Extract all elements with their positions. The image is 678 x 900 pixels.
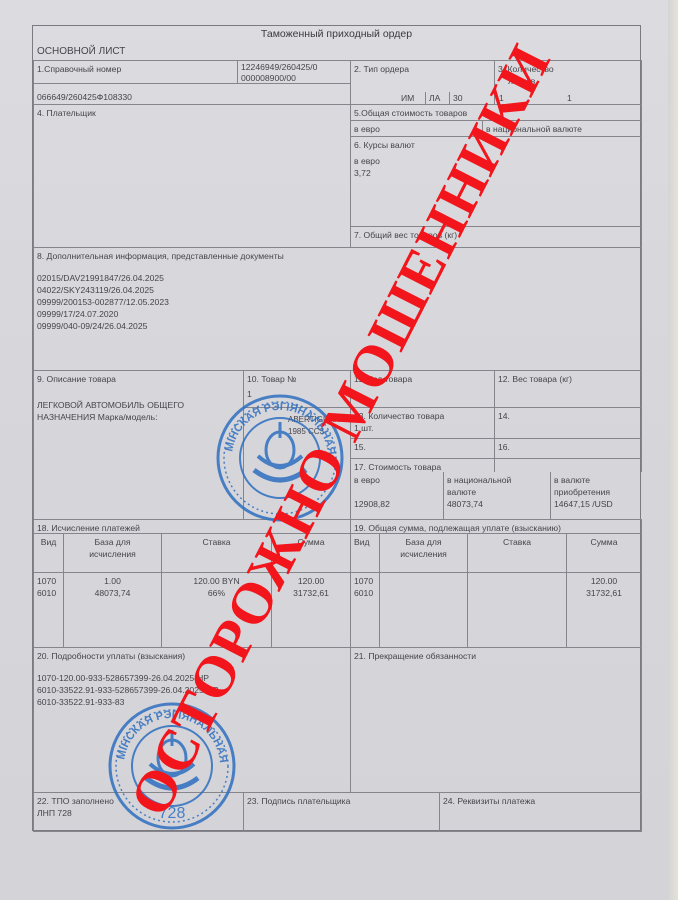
- box5-eur: в евро: [350, 120, 483, 137]
- box5-eur-label: в евро: [354, 124, 380, 134]
- box18-row1-sum: 120.00: [275, 575, 347, 587]
- box1-value-line1: 12246949/260425/0: [241, 62, 347, 73]
- box16-label: 16.: [498, 442, 510, 452]
- box17-acquisition: в валюте приобретения 14647,15 /USD: [550, 472, 642, 520]
- box9-year: 1985 CC3: [288, 426, 324, 438]
- box19-row2-vid: 6010: [354, 587, 376, 599]
- box24-payment-requisites: 24. Реквизиты платежа: [439, 792, 642, 832]
- box19-col-rate: [467, 572, 567, 648]
- box18-header-sum-text: Сумма: [297, 537, 324, 547]
- box9-goods-description: 9. Описание товара ЛЕГКОВОЙ АВТОМОБИЛЬ О…: [33, 370, 244, 520]
- box19-row1-vid: 1070: [354, 575, 376, 587]
- box4-label: 4. Плательщик: [37, 108, 96, 118]
- box17-eur-label: в евро: [354, 474, 440, 486]
- box19-row2-sum: 31732,61: [570, 587, 638, 599]
- box8-additional-info: 8. Дополнительная информация, представле…: [33, 247, 642, 371]
- box19-row1-sum: 120.00: [570, 575, 638, 587]
- box19-header-sum: Сумма: [566, 533, 642, 573]
- box5-national-label: в национальной валюте: [486, 124, 582, 134]
- box2-order-type: 2. Тип ордера ИМ ЛА 30: [350, 60, 495, 105]
- box16: 16.: [494, 438, 642, 459]
- box17-right-top: [494, 458, 642, 472]
- box20-line: 6010-33522.91-933-528657399-26.04.2025-Н…: [37, 684, 347, 696]
- box1-value-row2: 066649/260425Ф108330: [33, 83, 351, 105]
- box18-row2-rate: 66%: [165, 587, 268, 599]
- box19-col-vid: 1070 6010: [350, 572, 380, 648]
- box10-value: 1: [247, 388, 347, 400]
- box5-total-value: 5.Общая стоимость товаров: [350, 104, 642, 121]
- box3-sheet-count: 3. Количество листов 1 1: [494, 60, 642, 105]
- box5-label: 5.Общая стоимость товаров: [354, 108, 467, 118]
- box18-header-vid: Вид: [33, 533, 64, 573]
- box18-row1-vid: 1070: [37, 575, 60, 587]
- box2-value-3: 30: [449, 92, 463, 104]
- box20-label: 20. Подробности уплаты (взыскания): [37, 650, 347, 662]
- box8-doc-line: 04022/SKY243119/26.04.2025: [37, 284, 638, 296]
- box18-row2-vid: 6010: [37, 587, 60, 599]
- paper-edge: [668, 0, 678, 900]
- box9-model: ABERTIGUAN: [288, 414, 340, 426]
- box8-doc-line: 09999/040-09/24/26.04.2025: [37, 320, 638, 332]
- box17-national-value: 48073,74: [447, 498, 547, 510]
- box18-header-vid-text: Вид: [41, 537, 57, 547]
- box22-label: 22. ТПО заполнено: [37, 795, 240, 807]
- box9-label: 9. Описание товара: [37, 373, 240, 385]
- box3-label-2: листов: [498, 76, 535, 86]
- box18-header-rate-text: Ставка: [202, 537, 230, 547]
- box4-payer: 4. Плательщик: [33, 104, 351, 248]
- box19-header-rate: Ставка: [467, 533, 567, 573]
- box18-header-base: База для исчисления: [63, 533, 162, 573]
- box12-goods-weight: 12. Вес товара (кг): [494, 370, 642, 408]
- box10-label: 10. Товар №: [247, 373, 347, 385]
- box8-doc-line: 09999/200153-002877/12.05.2023: [37, 296, 638, 308]
- box17-eur: в евро 12908,82: [351, 472, 443, 520]
- box5-national: в национальной валюте: [482, 120, 642, 137]
- box15-label: 15.: [354, 442, 366, 452]
- box3-value-left: 1: [499, 92, 504, 104]
- box18-col-sum: 120.00 31732,61: [271, 572, 351, 648]
- box10-item-number: 10. Товар № 1: [243, 370, 351, 408]
- box14: 14.: [494, 407, 642, 439]
- box18-row1-base: 1.00: [67, 575, 158, 587]
- box9-line2: НАЗНАЧЕНИЯ Марка/модель:: [37, 411, 240, 423]
- box19-col-base: [379, 572, 468, 648]
- box13-label: 13. Количество товара: [354, 410, 491, 422]
- box17-national-label-2: валюте: [447, 486, 547, 498]
- sheet-label: ОСНОВНОЙ ЛИСТ: [37, 46, 125, 58]
- box20-line: 6010-33522.91-933-83: [37, 696, 347, 708]
- box13-quantity: 13. Количество товара 1 шт.: [350, 407, 495, 439]
- box12-label: 12. Вес товара (кг): [498, 374, 572, 384]
- box21-label: 21. Прекращение обязанности: [354, 651, 476, 661]
- box8-label: 8. Дополнительная информация, представле…: [37, 250, 638, 262]
- box18-header-rate: Ставка: [161, 533, 272, 573]
- box3-value-right: 1: [567, 92, 572, 104]
- box15: 15.: [350, 438, 495, 459]
- box17-acq-label-2: приобретения: [554, 486, 639, 498]
- box13-value: 1 шт.: [354, 422, 491, 434]
- box18-col-rate: 120.00 BYN 66%: [161, 572, 272, 648]
- box19-header-base-1: База для: [383, 536, 464, 548]
- box17-acq-label-1: в валюте: [554, 474, 639, 486]
- box1-value-cell: 12246949/260425/0 000008900/00: [237, 60, 351, 84]
- customs-order-form: Таможенный приходный ордер ОСНОВНОЙ ЛИСТ…: [32, 25, 641, 831]
- box19-header-rate-text: Ставка: [503, 537, 531, 547]
- box6-exchange-rates: 6. Курсы валют в евро 3,72: [350, 136, 642, 227]
- box6-label: 6. Курсы валют: [354, 139, 638, 151]
- box1-label-cell: 1.Справочный номер: [33, 60, 238, 84]
- box3-label-1: 3. Количество: [498, 64, 554, 74]
- box20-line: 1070-120.00-933-528657399-26.04.2025-НР: [37, 672, 347, 684]
- box18-header-base-1: База для: [67, 536, 158, 548]
- box11-label: 11. Код товара: [354, 374, 412, 384]
- box19-header-base: База для исчисления: [379, 533, 468, 573]
- box19-header-sum-text: Сумма: [590, 537, 617, 547]
- box19-col-sum: 120.00 31732,61: [566, 572, 642, 648]
- box19-header-vid-text: Вид: [354, 537, 370, 547]
- box19-header-vid: Вид: [350, 533, 380, 573]
- box18-row1-rate: 120.00 BYN: [165, 575, 268, 587]
- box18-header-base-2: исчисления: [67, 548, 158, 560]
- box21-obligation-termination: 21. Прекращение обязанности: [350, 647, 642, 793]
- box7-total-weight: 7. Общий вес товаров (кг): [350, 226, 642, 248]
- box23-payer-signature: 23. Подпись плательщика: [243, 792, 440, 832]
- box7-label: 7. Общий вес товаров (кг): [354, 230, 457, 240]
- box9-line1: ЛЕГКОВОЙ АВТОМОБИЛЬ ОБЩЕГО: [37, 399, 240, 411]
- box24-label: 24. Реквизиты платежа: [443, 796, 535, 806]
- box17-acq-value: 14647,15 /USD: [554, 498, 639, 510]
- box17-national-label-1: в национальной: [447, 474, 547, 486]
- box18-col-base: 1.00 48073,74: [63, 572, 162, 648]
- box8-doc-line: 09999/17/24.07.2020: [37, 308, 638, 320]
- box23-label: 23. Подпись плательщика: [247, 796, 350, 806]
- box2-value-1: ИМ: [401, 92, 414, 104]
- box11-goods-code: 11. Код товара: [350, 370, 495, 408]
- box2-label: 2. Тип ордера: [354, 64, 409, 74]
- box18-row2-base: 48073,74: [67, 587, 158, 599]
- box1-label: 1.Справочный номер: [37, 64, 121, 74]
- box6-sub: в евро: [354, 155, 638, 167]
- box17-national: в национальной валюте 48073,74: [443, 472, 550, 520]
- box14-label: 14.: [498, 411, 510, 421]
- box2-value-2: ЛА: [425, 92, 440, 104]
- box20-payment-details: 20. Подробности уплаты (взыскания) 1070-…: [33, 647, 351, 793]
- document-title: Таможенный приходный ордер: [33, 28, 640, 40]
- box18-col-vid: 1070 6010: [33, 572, 64, 648]
- box9-model-area: ABERTIGUAN 1985 CC3: [243, 407, 351, 520]
- box18-header-sum: Сумма: [271, 533, 351, 573]
- box18-row2-sum: 31732,61: [275, 587, 347, 599]
- box17-eur-value: 12908,82: [354, 498, 440, 510]
- box22-filled-by: 22. ТПО заполнено ЛНП 728: [33, 792, 244, 832]
- box22-value: ЛНП 728: [37, 807, 240, 819]
- box6-value: 3,72: [354, 167, 638, 179]
- box1-reference: 066649/260425Ф108330: [37, 92, 132, 102]
- box8-doc-line: 02015/DAV21991847/26.04.2025: [37, 272, 638, 284]
- box19-header-base-2: исчисления: [383, 548, 464, 560]
